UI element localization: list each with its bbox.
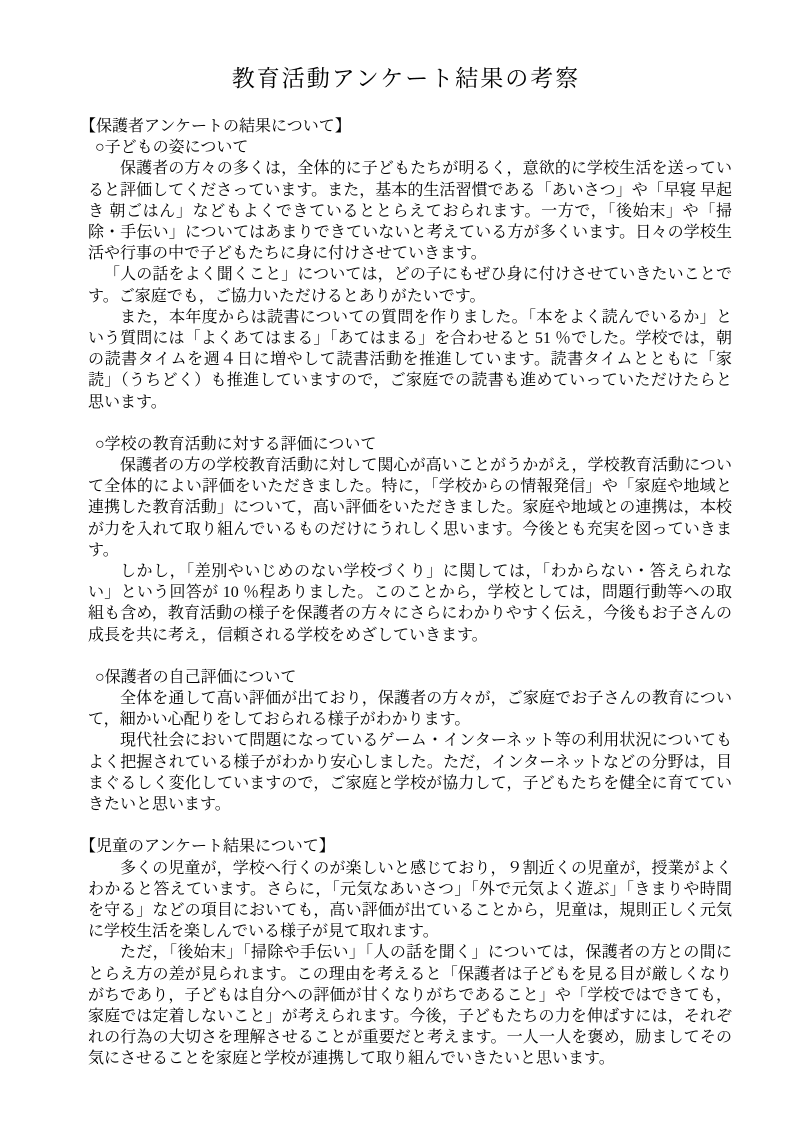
document-page: 教育活動アンケート結果の考察 【保護者アンケートの結果について】 ○子どもの姿に… [0,0,794,1123]
subsection-children-appearance: ○子どもの姿について 保護者の方々の多くは，全体的に子どもたちが明るく，意欲的に… [80,137,732,413]
paragraph: ただ，「後始末」「掃除や手伝い」「人の話を聞く」については，保護者の方との間にと… [88,942,732,1069]
paragraph: 多くの児童が，学校へ行くのが楽しいと感じており，９割近くの児童が，授業がよくわか… [88,858,732,943]
subsection-heading-parent-self-evaluation: ○保護者の自己評価について [95,667,732,688]
section-children-survey: 【児童のアンケート結果について】 多くの児童が，学校へ行くのが楽しいと感じており… [80,836,732,1069]
subsection-parent-self-evaluation: ○保護者の自己評価について 全体を通して高い評価が出ており，保護者の方々が，ご家… [80,667,732,815]
document-title: 教育活動アンケート結果の考察 [80,64,732,94]
paragraph: また，本年度からは読書についての質問を作りました。「本をよく読んでいるか」という… [88,307,732,413]
paragraph: 保護者の方々の多くは，全体的に子どもたちが明るく，意欲的に学校生活を送っていると… [88,158,732,264]
subsection-heading-school-activity-evaluation: ○学校の教育活動に対する評価について [95,434,732,455]
paragraph: 全体を通して高い評価が出ており，保護者の方々が，ご家庭でお子さんの教育について，… [88,688,732,730]
section-heading-children-survey: 【児童のアンケート結果について】 [80,836,732,857]
subsection-heading-children-appearance: ○子どもの姿について [95,137,732,158]
section-heading-parent-survey: 【保護者アンケートの結果について】 [80,116,732,137]
subsection-school-activity-evaluation: ○学校の教育活動に対する評価について 保護者の方の学校教育活動に対して関心が高い… [80,434,732,646]
paragraph: しかし，「差別やいじめのない学校づくり」に関しては，「わからない・答えられない」… [88,561,732,646]
paragraph: 「人の話をよく聞くこと」については，どの子にもぜひ身に付けさせていきたいことです… [88,264,732,306]
paragraph: 現代社会において問題になっているゲーム・インターネット等の利用状況についてもよく… [88,730,732,815]
paragraph: 保護者の方の学校教育活動に対して関心が高いことがうかがえ，学校教育活動について全… [88,455,732,561]
section-parent-survey: 【保護者アンケートの結果について】 ○子どもの姿について 保護者の方々の多くは，… [80,116,732,815]
